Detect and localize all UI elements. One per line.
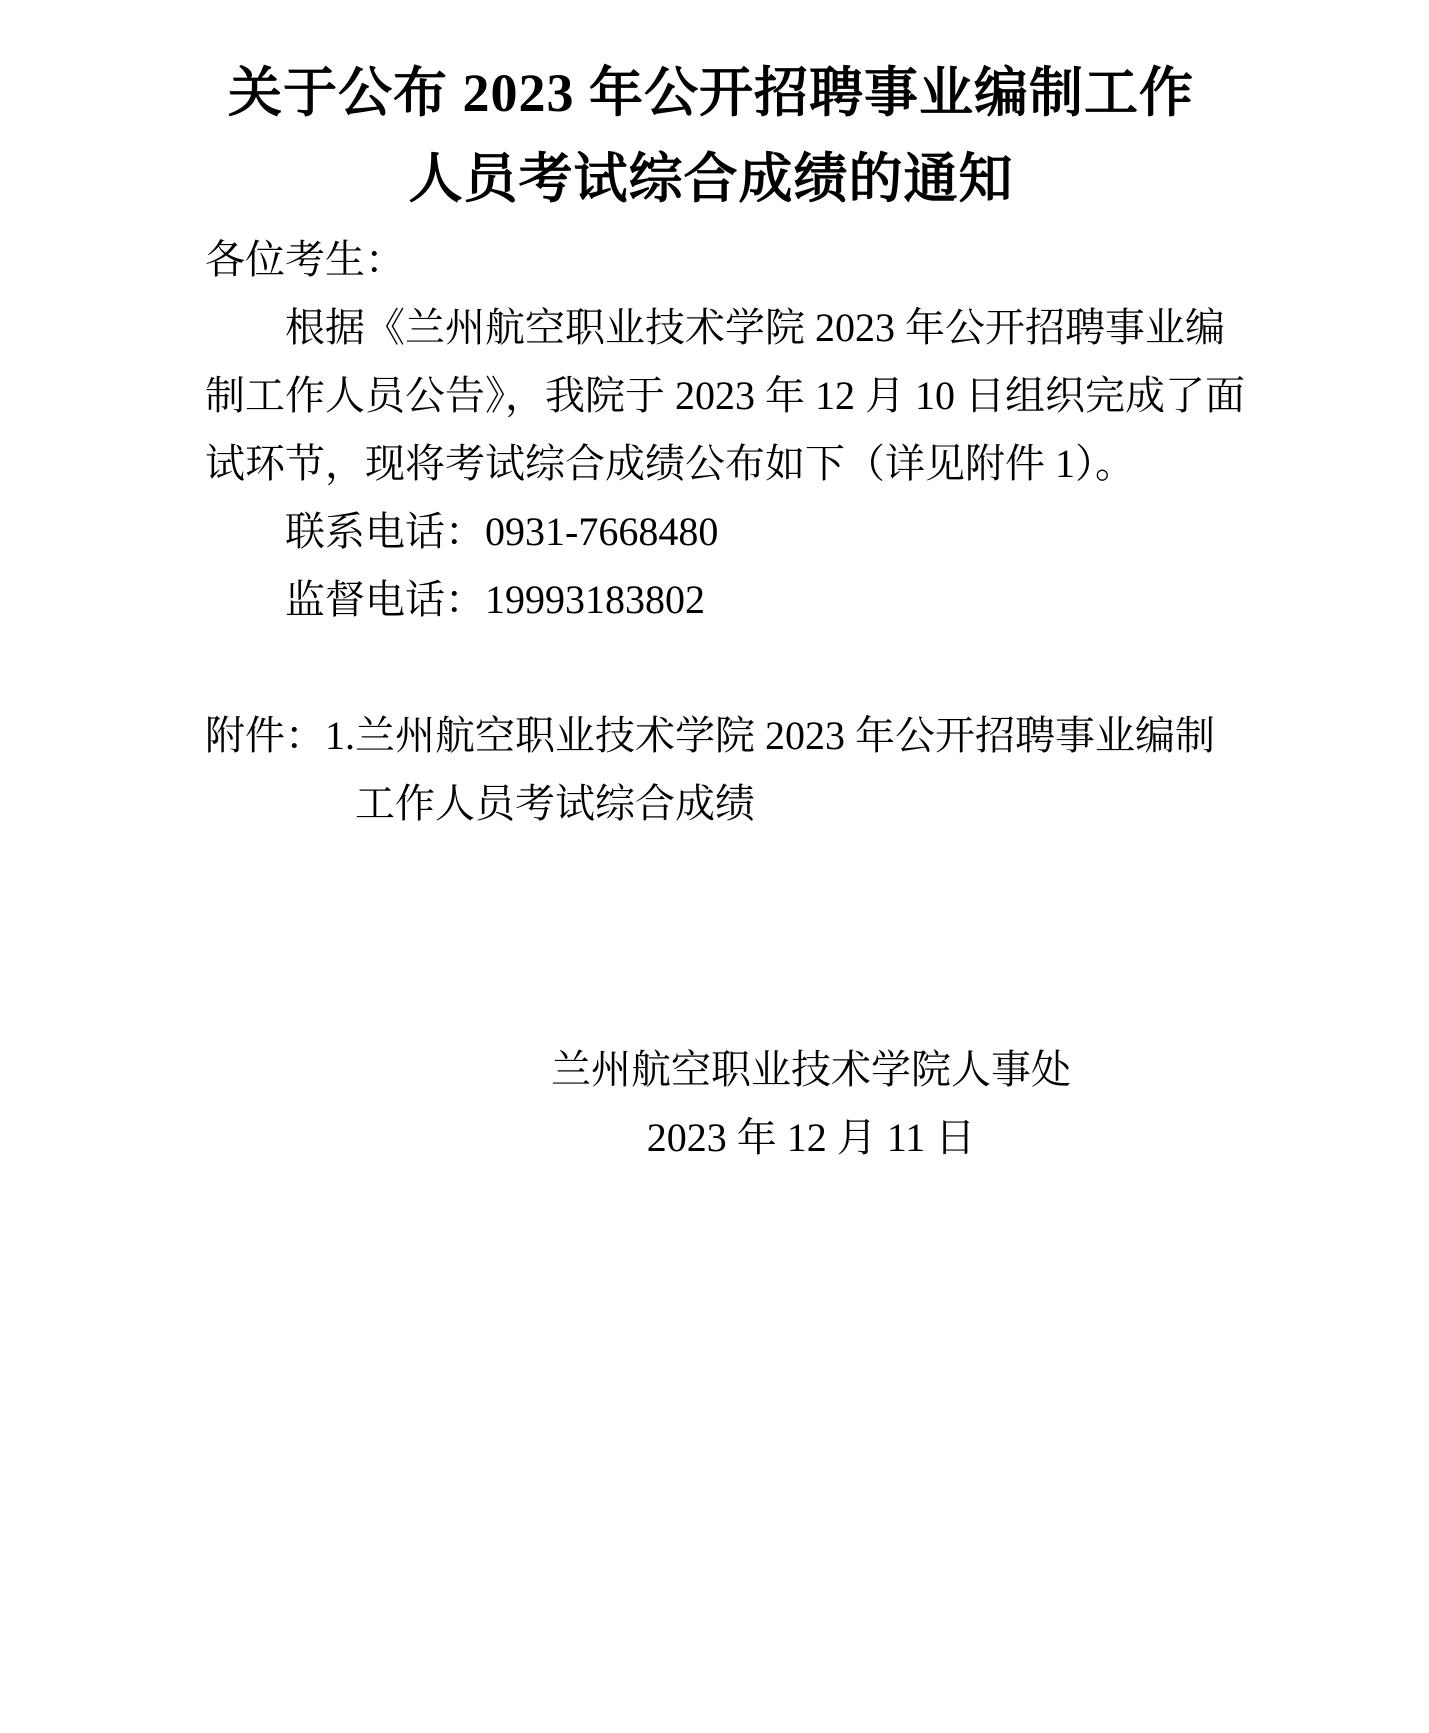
date: 2023 年 12 月 11 日 <box>405 1104 1217 1172</box>
document-page: 关于公布 2023 年公开招聘事业编制工作 人员考试综合成绩的通知 各位考生： … <box>0 0 1429 1733</box>
attachment-line-2: 工作人员考试综合成绩 <box>205 770 1217 838</box>
closing-block: 兰州航空职业技术学院人事处 2023 年 12 月 11 日 <box>205 1036 1217 1172</box>
supervision-phone-label: 监督电话： <box>285 577 485 622</box>
attachment-line-1: 附件：1.兰州航空职业技术学院 2023 年公开招聘事业编制 <box>205 702 1217 770</box>
body-paragraph-line-2: 制工作人员公告》，我院于 2023 年 12 月 10 日组织完成了面 <box>205 362 1217 430</box>
document-body: 各位考生： 根据《兰州航空职业技术学院 2023 年公开招聘事业编 制工作人员公… <box>205 226 1217 1172</box>
salutation: 各位考生： <box>205 226 1217 294</box>
body-paragraph-line-1: 根据《兰州航空职业技术学院 2023 年公开招聘事业编 <box>205 294 1217 362</box>
contact-phone-line: 联系电话：0931-7668480 <box>205 498 1217 566</box>
attachment-section: 附件：1.兰州航空职业技术学院 2023 年公开招聘事业编制 工作人员考试综合成… <box>205 702 1217 838</box>
supervision-phone-number: 19993183802 <box>485 577 705 622</box>
title-line-2: 人员考试综合成绩的通知 <box>205 136 1217 222</box>
contact-phone-number: 0931-7668480 <box>485 509 718 554</box>
contact-phone-label: 联系电话： <box>285 509 485 554</box>
body-paragraph-line-3: 试环节，现将考试综合成绩公布如下（详见附件 1）。 <box>205 430 1217 498</box>
document-title: 关于公布 2023 年公开招聘事业编制工作 人员考试综合成绩的通知 <box>205 50 1217 222</box>
supervision-phone-line: 监督电话：19993183802 <box>205 566 1217 634</box>
title-line-1: 关于公布 2023 年公开招聘事业编制工作 <box>205 50 1217 136</box>
signature: 兰州航空职业技术学院人事处 <box>405 1036 1217 1104</box>
document-content: 关于公布 2023 年公开招聘事业编制工作 人员考试综合成绩的通知 各位考生： … <box>205 0 1217 1172</box>
